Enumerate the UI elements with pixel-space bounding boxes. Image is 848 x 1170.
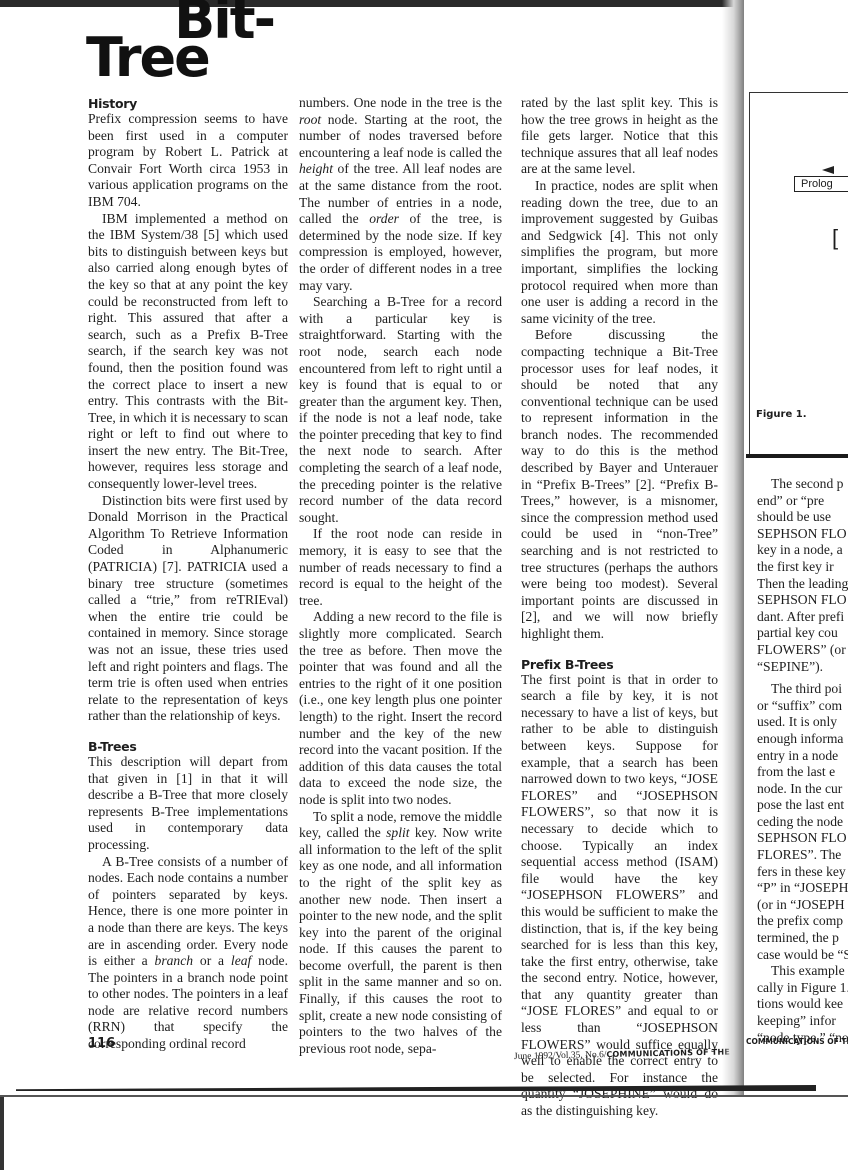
article-title: Bit- Tree bbox=[86, 0, 286, 77]
arrow-left-icon bbox=[822, 166, 834, 174]
right-page-line: pose the last ent bbox=[757, 797, 848, 814]
right-page-line: termined, the p bbox=[757, 930, 848, 947]
right-page-line: the prefix comp bbox=[757, 913, 848, 930]
scan-edge bbox=[0, 1095, 848, 1097]
paragraph: If the root node can reside in memory, i… bbox=[299, 526, 502, 609]
heading-history: History bbox=[88, 96, 288, 111]
right-page-line: SEPHSON FLO bbox=[757, 526, 848, 543]
paragraph: IBM implemented a method on the IBM Syst… bbox=[88, 211, 288, 493]
right-page-line: cally in Figure 1. bbox=[757, 980, 848, 997]
right-page-line: keeping” infor bbox=[757, 1013, 848, 1030]
paragraph: Before discussing the compacting techniq… bbox=[521, 327, 718, 642]
figure-prolog-box: Prolog bbox=[794, 176, 848, 192]
paragraph: Searching a B-Tree for a record with a p… bbox=[299, 294, 502, 526]
right-page-line: ceding the node bbox=[757, 814, 848, 831]
right-page-line: partial key cou bbox=[757, 625, 848, 642]
paragraph: Prefix compression seems to have been fi… bbox=[88, 111, 288, 211]
right-page-line: The third poi bbox=[757, 681, 848, 698]
paragraph: In practice, nodes are split when readin… bbox=[521, 178, 718, 327]
paragraph: numbers. One node in the tree is the roo… bbox=[299, 95, 502, 294]
right-page-line: The second p bbox=[757, 476, 848, 493]
column-2: numbers. One node in the tree is the roo… bbox=[299, 95, 502, 1057]
right-page-line: entry in a node bbox=[757, 748, 848, 765]
figure-1-box: Prolog [ Figure 1. bbox=[749, 92, 848, 456]
scan-left-edge bbox=[0, 1097, 4, 1170]
right-page-line: “P” in “JOSEPH bbox=[757, 880, 848, 897]
right-page-line: Then the leading bbox=[757, 576, 848, 593]
right-page-line: fers in these key bbox=[757, 864, 848, 881]
paragraph: rated by the last split key. This is how… bbox=[521, 95, 718, 178]
right-page-footer: COMMUNICATIONS OF TH bbox=[746, 1037, 848, 1046]
right-page-line: from the last e bbox=[757, 764, 848, 781]
right-page-line: FLOWERS” (or t bbox=[757, 642, 848, 659]
right-page-line: end” or “pre bbox=[757, 493, 848, 510]
right-page-line: the first key ir bbox=[757, 559, 848, 576]
right-page-line: key in a node, a bbox=[757, 542, 848, 559]
right-page-line: dant. After prefi bbox=[757, 609, 848, 626]
column-1: History Prefix compression seems to have… bbox=[88, 96, 288, 1053]
right-page-line: “SEPINE”). bbox=[757, 659, 848, 676]
right-page-line: node. In the cur bbox=[757, 781, 848, 798]
page-bottom-edge bbox=[16, 1085, 816, 1091]
heading-prefix-btrees: Prefix B-Trees bbox=[521, 657, 718, 672]
paragraph: Adding a new record to the file is sligh… bbox=[299, 609, 502, 808]
right-page-column: The second pend” or “preshould be useSEP… bbox=[757, 476, 848, 1046]
right-page-line: SEPHSON FLO bbox=[757, 830, 848, 847]
right-page-line: FLORES”. The bbox=[757, 847, 848, 864]
right-page-line: SEPHSON FLO bbox=[757, 592, 848, 609]
heading-btrees: B-Trees bbox=[88, 739, 288, 754]
right-page-line: enough informa bbox=[757, 731, 848, 748]
right-page-line: case would be “S bbox=[757, 947, 848, 964]
right-page-line: or “suffix” com bbox=[757, 698, 848, 715]
figure-bracket: [ bbox=[832, 225, 838, 251]
right-page-line: should be use bbox=[757, 509, 848, 526]
page-number: 116 bbox=[88, 1036, 115, 1051]
paragraph: To split a node, remove the middle key, … bbox=[299, 809, 502, 1058]
column-3: rated by the last split key. This is how… bbox=[521, 95, 718, 1120]
figure-caption: Figure 1. bbox=[756, 409, 807, 420]
right-page-line: (or in “JOSEPH bbox=[757, 897, 848, 914]
paragraph: Distinction bits were first used by Dona… bbox=[88, 493, 288, 725]
right-page-line: tions would kee bbox=[757, 996, 848, 1013]
right-page-line: This example bbox=[757, 963, 848, 980]
paragraph: A B-Tree consists of a number of nodes. … bbox=[88, 854, 288, 1053]
right-page-line: used. It is only bbox=[757, 714, 848, 731]
paragraph: This description will depart from that g… bbox=[88, 754, 288, 854]
figure-rule bbox=[746, 454, 848, 458]
